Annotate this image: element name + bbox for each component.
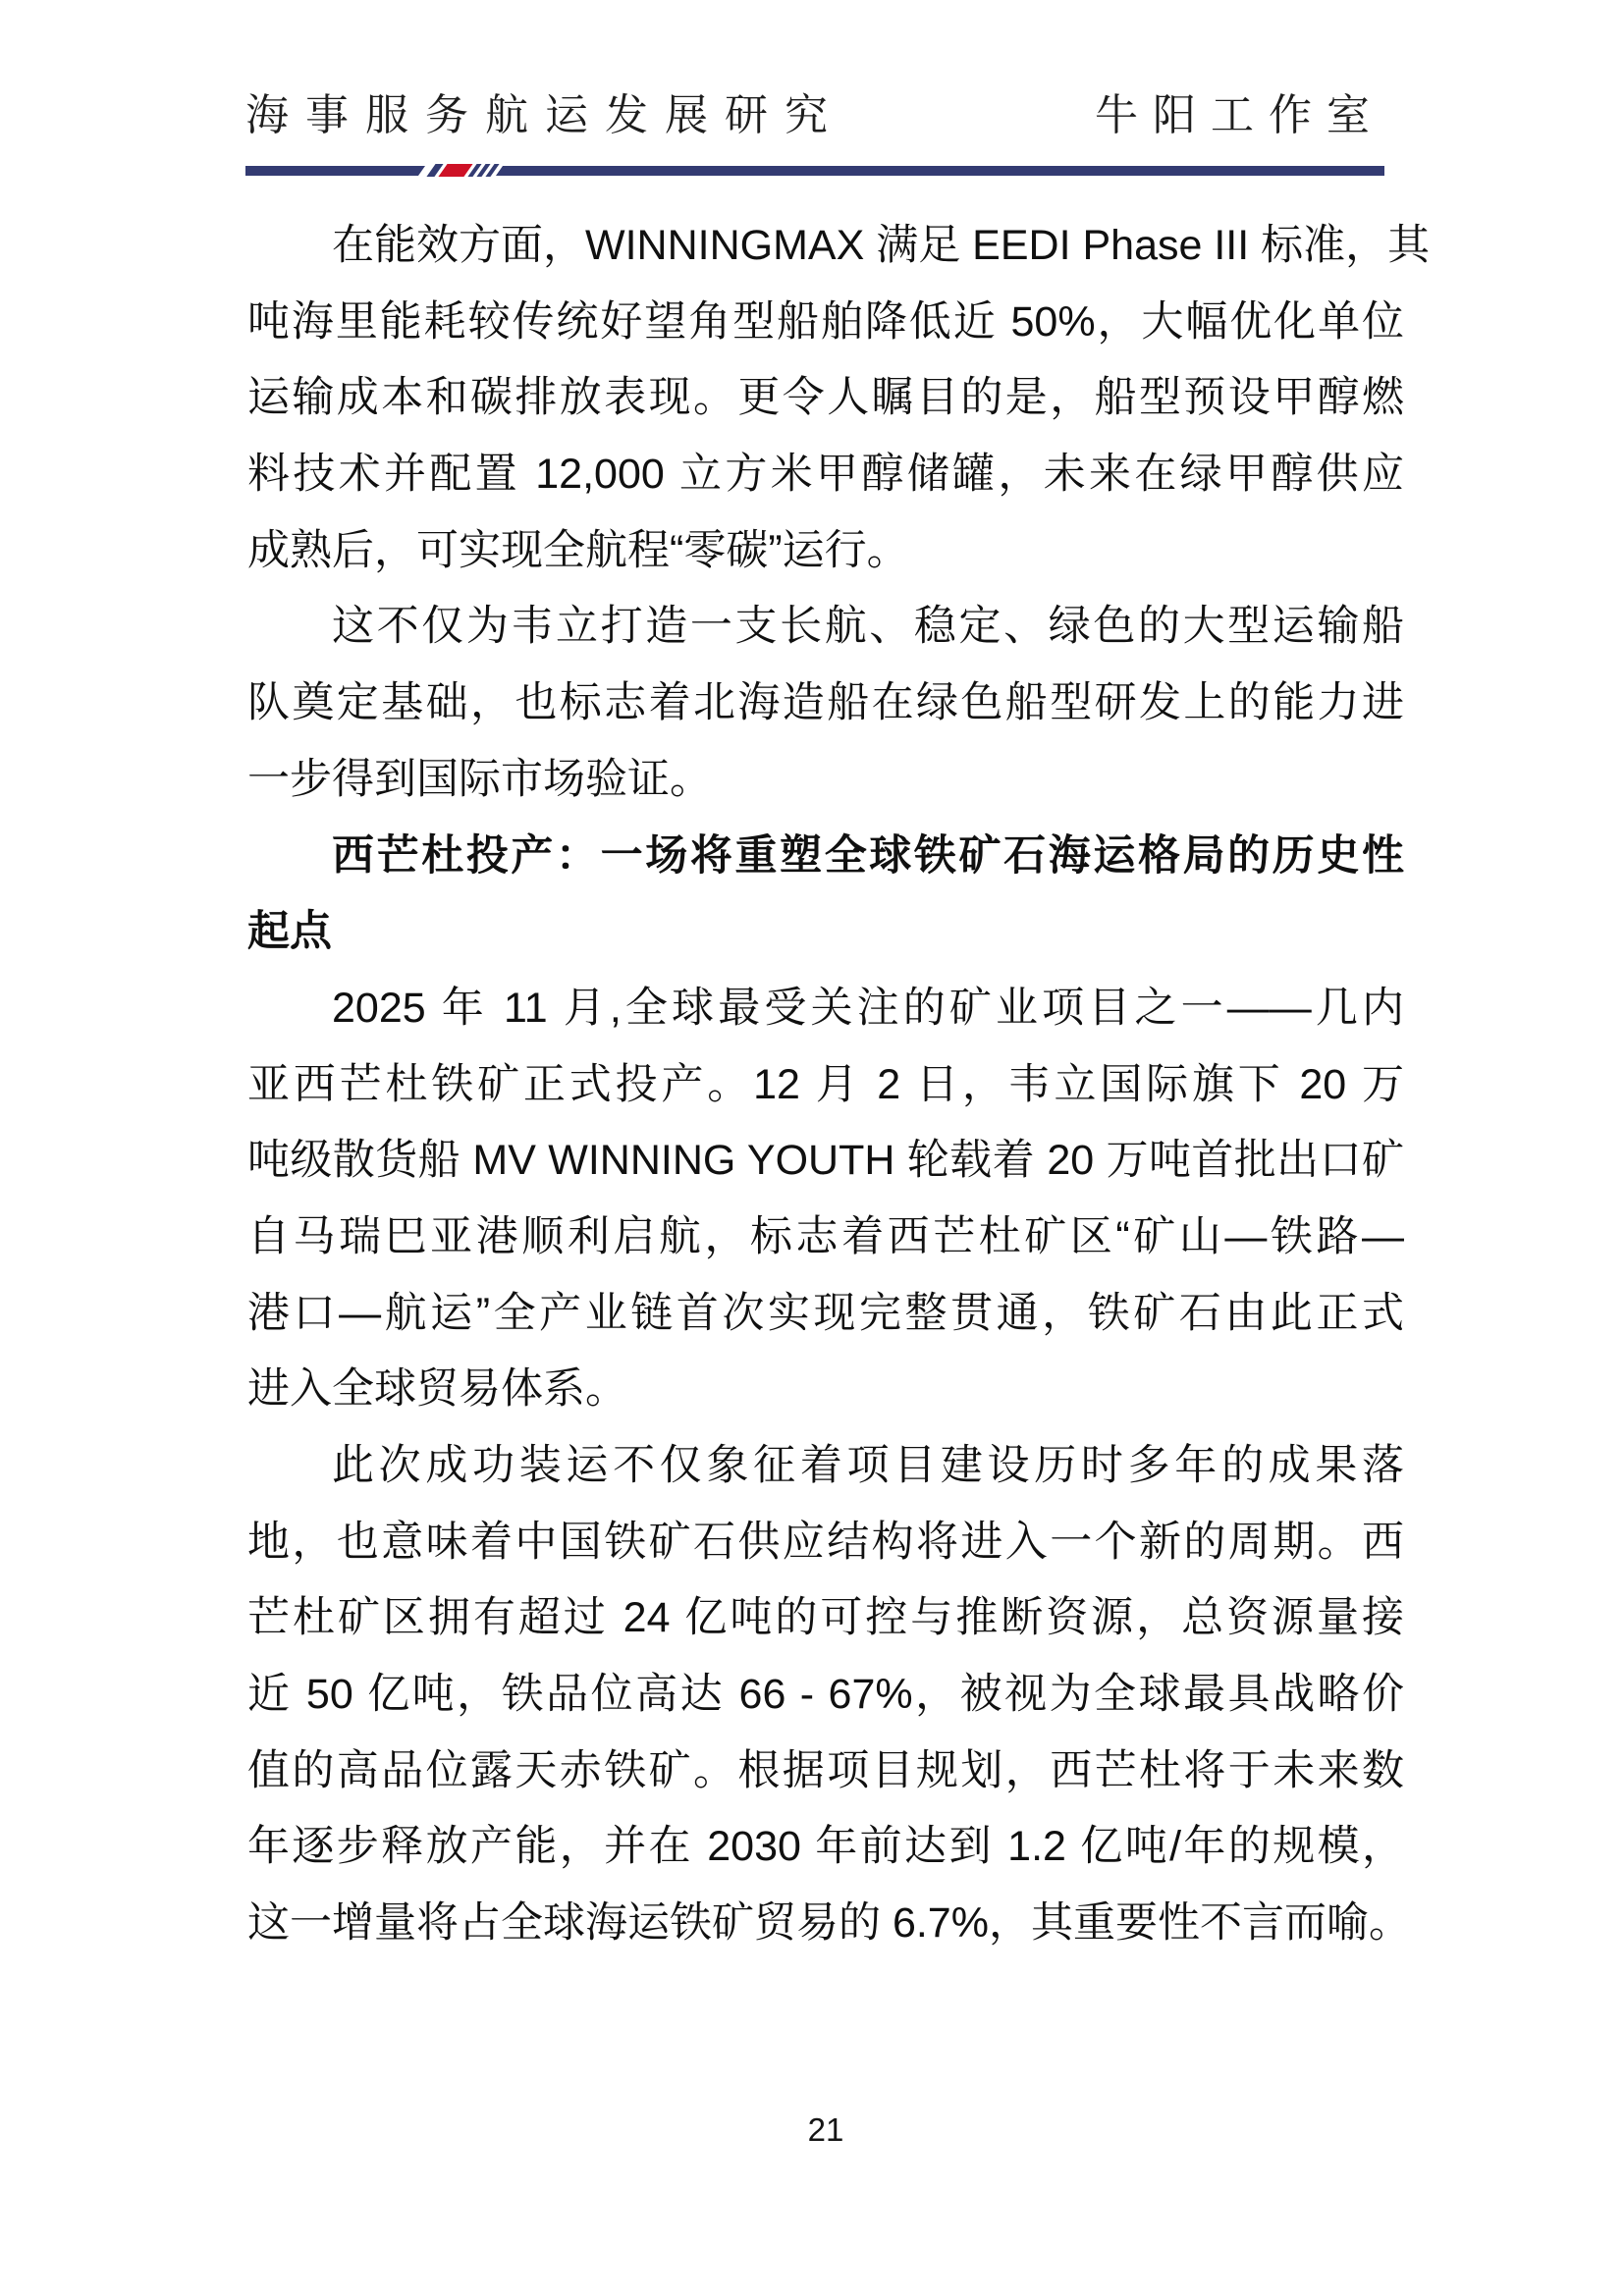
body-line: 料技术并配置 12,000 立方米甲醇储罐，未来在绿甲醇供应 [247,437,1404,513]
body-line: 年逐步释放产能，并在 2030 年前达到 1.2 亿吨/年的规模， [247,1809,1404,1886]
body-line: 自马瑞巴亚港顺利启航，标志着西芒杜矿区“矿山—铁路— [247,1200,1404,1276]
body-line: 队奠定基础，也标志着北海造船在绿色船型研发上的能力进 [247,666,1404,742]
body-line: 吨级散货船 MV WINNING YOUTH 轮载着 20 万吨首批出口矿 [247,1123,1404,1200]
body-line: 进入全球贸易体系。 [247,1352,1404,1428]
body-line: 值的高品位露天赤铁矿。根据项目规划，西芒杜将于未来数 [247,1734,1404,1810]
document-page: 海事服务航运发展研究 牛阳工作室 在能效方面，WINNINGMAX 满足 EED… [0,0,1624,2296]
body-line: 成熟后，可实现全航程“零碳”运行。 [247,513,1404,590]
body-line: 这一增量将占全球海运铁矿贸易的 6.7%，其重要性不言而喻。 [247,1886,1404,1962]
header-right-title: 牛阳工作室 [1095,86,1384,145]
body-line: 2025 年 11 月,全球最受关注的矿业项目之一——几内 [247,971,1404,1047]
body-line: 地，也意味着中国铁矿石供应结构将进入一个新的周期。西 [247,1505,1404,1581]
body-line: 港口—航运”全产业链首次实现完整贯通，铁矿石由此正式 [247,1276,1404,1353]
header-rule-right-segment [496,166,1384,176]
body-line: 亚西芒杜铁矿正式投产。12 月 2 日，韦立国际旗下 20 万 [247,1047,1404,1124]
body-line: 运输成本和碳排放表现。更令人瞩目的是，船型预设甲醇燃 [247,360,1404,437]
header-rule-left-segment [245,166,425,176]
body-line: 这不仅为韦立打造一支长航、稳定、绿色的大型运输船 [247,589,1404,666]
body-line: 此次成功装运不仅象征着项目建设历时多年的成果落 [247,1428,1404,1505]
body-line: 在能效方面，WINNINGMAX 满足 EEDI Phase III 标准，其 [247,208,1404,285]
section-heading-line: 起点 [247,894,1404,971]
body-line: 芒杜矿区拥有超过 24 亿吨的可控与推断资源，总资源量接 [247,1580,1404,1657]
section-heading-line: 西芒杜投产：一场将重塑全球铁矿石海运格局的历史性 [247,819,1404,895]
header-left-title: 海事服务航运发展研究 [245,86,844,145]
header-rule [245,164,1384,177]
body-text: 在能效方面，WINNINGMAX 满足 EEDI Phase III 标准，其 … [247,208,1404,1962]
body-line: 近 50 亿吨，铁品位高达 66 - 67%，被视为全球最具战略价 [247,1657,1404,1734]
body-line: 一步得到国际市场验证。 [247,742,1404,819]
page-number: 21 [247,2109,1404,2152]
body-line: 吨海里能耗较传统好望角型船舶降低近 50%，大幅优化单位 [247,285,1404,361]
